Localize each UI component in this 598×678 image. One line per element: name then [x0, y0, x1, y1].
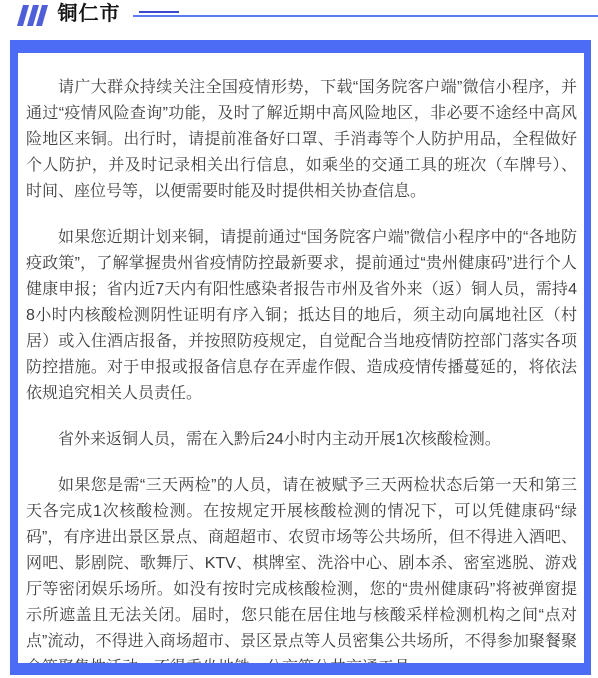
- notice-box: 请广大群众持续关注全国疫情形势，下载“国务院客户端”微信小程序，并通过“疫情风险…: [10, 40, 591, 675]
- city-title: 铜仁市: [58, 3, 121, 25]
- title-underline-long-line: [133, 15, 598, 17]
- notice-paragraph-3day-2test: 如果您是需“三天两检”的人员，请在被赋予三天两检状态后第一天和第三天各完成1次核…: [26, 473, 577, 675]
- title-underline-short-line: [139, 11, 179, 13]
- notice-paragraph-24h-test: 省外来返铜人员，需在入黔后24小时内主动开展1次核酸检测。: [26, 427, 577, 453]
- page: 铜仁市 请广大群众持续关注全国疫情形势，下载“国务院客户端”微信小程序，并通过“…: [0, 0, 598, 678]
- page-header: 铜仁市: [0, 0, 598, 33]
- title-underline: [133, 3, 598, 25]
- notice-paragraph-travel-prep: 请广大群众持续关注全国疫情形势，下载“国务院客户端”微信小程序，并通过“疫情风险…: [26, 75, 577, 205]
- notice-paragraph-arrival-policy: 如果您近期计划来铜，请提前通过“国务院客户端”微信小程序中的“各地防疫政策”，了…: [26, 225, 577, 407]
- slanted-bars-icon: [20, 5, 49, 26]
